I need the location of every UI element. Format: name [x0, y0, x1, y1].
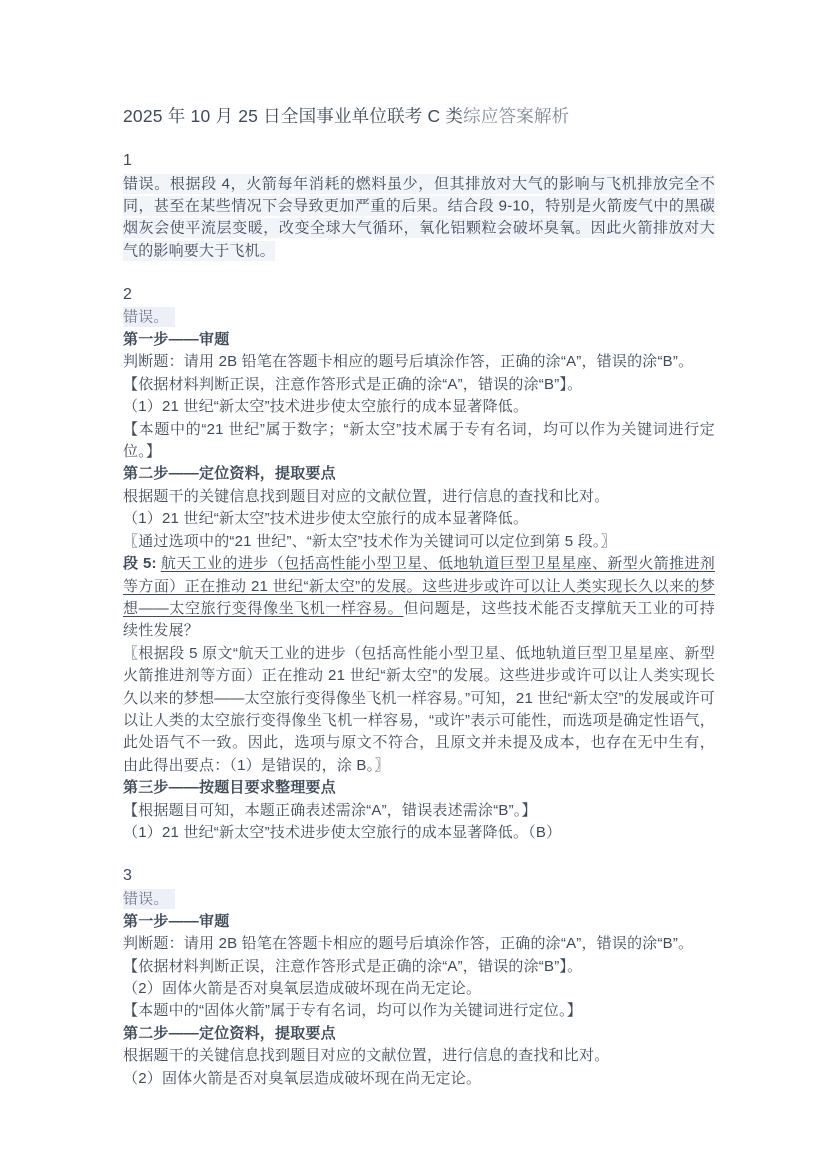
- verdict-line: 错误。: [123, 888, 715, 910]
- section-2: 2 错误。 第一步——审题 判断题：请用 2B 铅笔在答题卡相应的题号后填涂作答…: [123, 283, 715, 845]
- step2-heading: 第二步——定位资料，提取要点: [123, 463, 715, 485]
- verdict-highlight: 错误。: [123, 307, 175, 327]
- answer-paragraph: 错误。根据段 4，火箭每年消耗的燃料虽少，但其排放对大气的影响与飞机排放完全不同…: [123, 173, 715, 263]
- analysis-note: 〖根据段 5 原文“航天工业的进步（包括高性能小型卫星、低地轨道巨型卫星星座、新…: [123, 643, 715, 777]
- document-content: 2025 年 10 月 25 日全国事业单位联考 C 类综应答案解析 1 错误。…: [123, 103, 715, 1090]
- verdict-highlight: 错误。: [123, 889, 175, 909]
- section-number: 2: [123, 283, 715, 307]
- step1-heading: 第一步——审题: [123, 911, 715, 933]
- section-number: 3: [123, 864, 715, 888]
- title-main: 2025 年 10 月 25 日全国事业单位联考 C 类: [123, 106, 463, 126]
- verdict-line: 错误。: [123, 307, 715, 329]
- step1-line: （1）21 世纪“新太空”技术进步使太空旅行的成本显著降低。: [123, 396, 715, 418]
- step1-line: 【本题中的“21 世纪”属于数字；“新太空”技术属于专有名词，均可以作为关键词进…: [123, 419, 715, 464]
- quote-label: 段 5:: [123, 555, 157, 572]
- step1-line: 【依据材料判断正误，注意作答形式是正确的涂“A”，错误的涂“B”】。: [123, 956, 715, 978]
- step1-line: 【本题中的“固体火箭”属于专有名词，均可以作为关键词进行定位。】: [123, 1000, 715, 1022]
- section-1: 1 错误。根据段 4，火箭每年消耗的燃料虽少，但其排放对大气的影响与飞机排放完全…: [123, 149, 715, 263]
- step1-line: 【依据材料判断正误，注意作答形式是正确的涂“A”，错误的涂“B”】。: [123, 374, 715, 396]
- answer-highlight: 错误。根据段 4，火箭每年消耗的燃料虽少，但其排放对大气的影响与飞机排放完全不同…: [123, 174, 715, 261]
- step1-line: 判断题：请用 2B 铅笔在答题卡相应的题号后填涂作答，正确的涂“A”，错误的涂“…: [123, 933, 715, 955]
- section-number: 1: [123, 149, 715, 173]
- step2-line: 根据题干的关键信息找到题目对应的文献位置，进行信息的查找和比对。: [123, 1045, 715, 1067]
- step3-line: （1）21 世纪“新太空”技术进步使太空旅行的成本显著降低。（B）: [123, 822, 715, 844]
- step2-line: 根据题干的关键信息找到题目对应的文献位置，进行信息的查找和比对。: [123, 486, 715, 508]
- step3-heading: 第三步——按题目要求整理要点: [123, 777, 715, 799]
- step2-line: （2）固体火箭是否对臭氧层造成破坏现在尚无定论。: [123, 1068, 715, 1090]
- step3-line: 【根据题目可知，本题正确表述需涂“A”，错误表述需涂“B”。】: [123, 800, 715, 822]
- step1-line: （2）固体火箭是否对臭氧层造成破坏现在尚无定论。: [123, 978, 715, 1000]
- step1-line: 判断题：请用 2B 铅笔在答题卡相应的题号后填涂作答，正确的涂“A”，错误的涂“…: [123, 351, 715, 373]
- document-title: 2025 年 10 月 25 日全国事业单位联考 C 类综应答案解析: [123, 103, 715, 129]
- step2-heading: 第二步——定位资料，提取要点: [123, 1023, 715, 1045]
- section-3: 3 错误。 第一步——审题 判断题：请用 2B 铅笔在答题卡相应的题号后填涂作答…: [123, 864, 715, 1090]
- source-quote-paragraph: 段 5:航天工业的进步（包括高性能小型卫星、低地轨道巨型卫星星座、新型火箭推进剂…: [123, 553, 715, 643]
- document-page: 2025 年 10 月 25 日全国事业单位联考 C 类综应答案解析 1 错误。…: [0, 0, 826, 1169]
- step2-line: 〖通过选项中的“21 世纪”、“新太空”技术作为关键词可以定位到第 5 段。〗: [123, 531, 715, 553]
- step2-line: （1）21 世纪“新太空”技术进步使太空旅行的成本显著降低。: [123, 508, 715, 530]
- title-subtitle: 综应答案解析: [463, 106, 569, 126]
- step1-heading: 第一步——审题: [123, 329, 715, 351]
